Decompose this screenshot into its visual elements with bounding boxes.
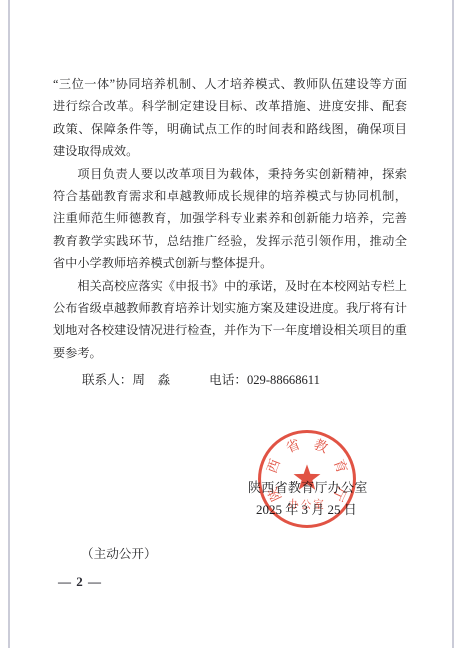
body-text-line: 政策、保障条件等，明确试点工作的时间表和路线图，确保项目 (53, 118, 407, 140)
body-text-line: “三位一体”协同培养机制、人才培养模式、教师队伍建设等方面 (53, 73, 407, 95)
document-page: “三位一体”协同培养机制、人才培养模式、教师队伍建设等方面进行综合改革。科学制定… (0, 0, 462, 648)
contact-name: 周 淼 (132, 373, 170, 387)
seal-arc-char: 教 (312, 436, 331, 456)
body-text-line: 进行综合改革。科学制定建设目标、改革措施、进度安排、配套 (53, 95, 407, 117)
body-text-line: 划地对各校建设情况进行检查，并作为下一年度增设相关项目的重 (53, 319, 407, 341)
document-body: “三位一体”协同培养机制、人才培养模式、教师队伍建设等方面进行综合改革。科学制定… (53, 73, 407, 391)
body-text-line: 项目负责人要以改革项目为载体，秉持务实创新精神，探索 (53, 163, 407, 185)
body-text-line: 建设取得成效。 (53, 140, 407, 162)
body-text-line: 符合基础教育需求和卓越教师成长规律的培养模式与协同机制， (53, 185, 407, 207)
contact-phone-label: 电话： (209, 373, 247, 387)
contact-label: 联系人： (82, 373, 132, 387)
signature-date: 2025 年 3 月 25 日 (256, 499, 357, 518)
body-text-line: 注重师范生师德教育，加强学科专业素养和创新能力培养，完善 (53, 207, 407, 229)
body-text-line: 省中小学教师培养模式创新与整体提升。 (53, 252, 407, 274)
body-text-line: 相关高校应落实《申报书》中的承诺，及时在本校网站专栏上 (53, 275, 407, 297)
body-text-line: 要参考。 (53, 342, 407, 364)
page-edge-left (8, 0, 10, 648)
body-paragraphs: “三位一体”协同培养机制、人才培养模式、教师队伍建设等方面进行综合改革。科学制定… (53, 73, 407, 364)
seal-arc-char: 育 (331, 457, 351, 475)
signature-office-name: 陕西省教育厅办公室 (248, 477, 368, 496)
contact-phone-number: 029-88668611 (247, 373, 320, 387)
seal-arc-char: 省 (283, 435, 302, 455)
page-edge-right (452, 0, 454, 648)
page-number: — 2 — (58, 574, 102, 590)
contact-line: 联系人：周 淼电话：029-88668611 (53, 369, 407, 391)
seal-arc-char: 西 (264, 457, 283, 475)
body-text-line: 教育教学实践环节，总结推广经验，发挥示范引领作用，推动全 (53, 230, 407, 252)
body-text-line: 公布省级卓越教师教育培养计划实施方案及建设进度。我厅将有计 (53, 297, 407, 319)
disclosure-note: （主动公开） (81, 543, 157, 562)
